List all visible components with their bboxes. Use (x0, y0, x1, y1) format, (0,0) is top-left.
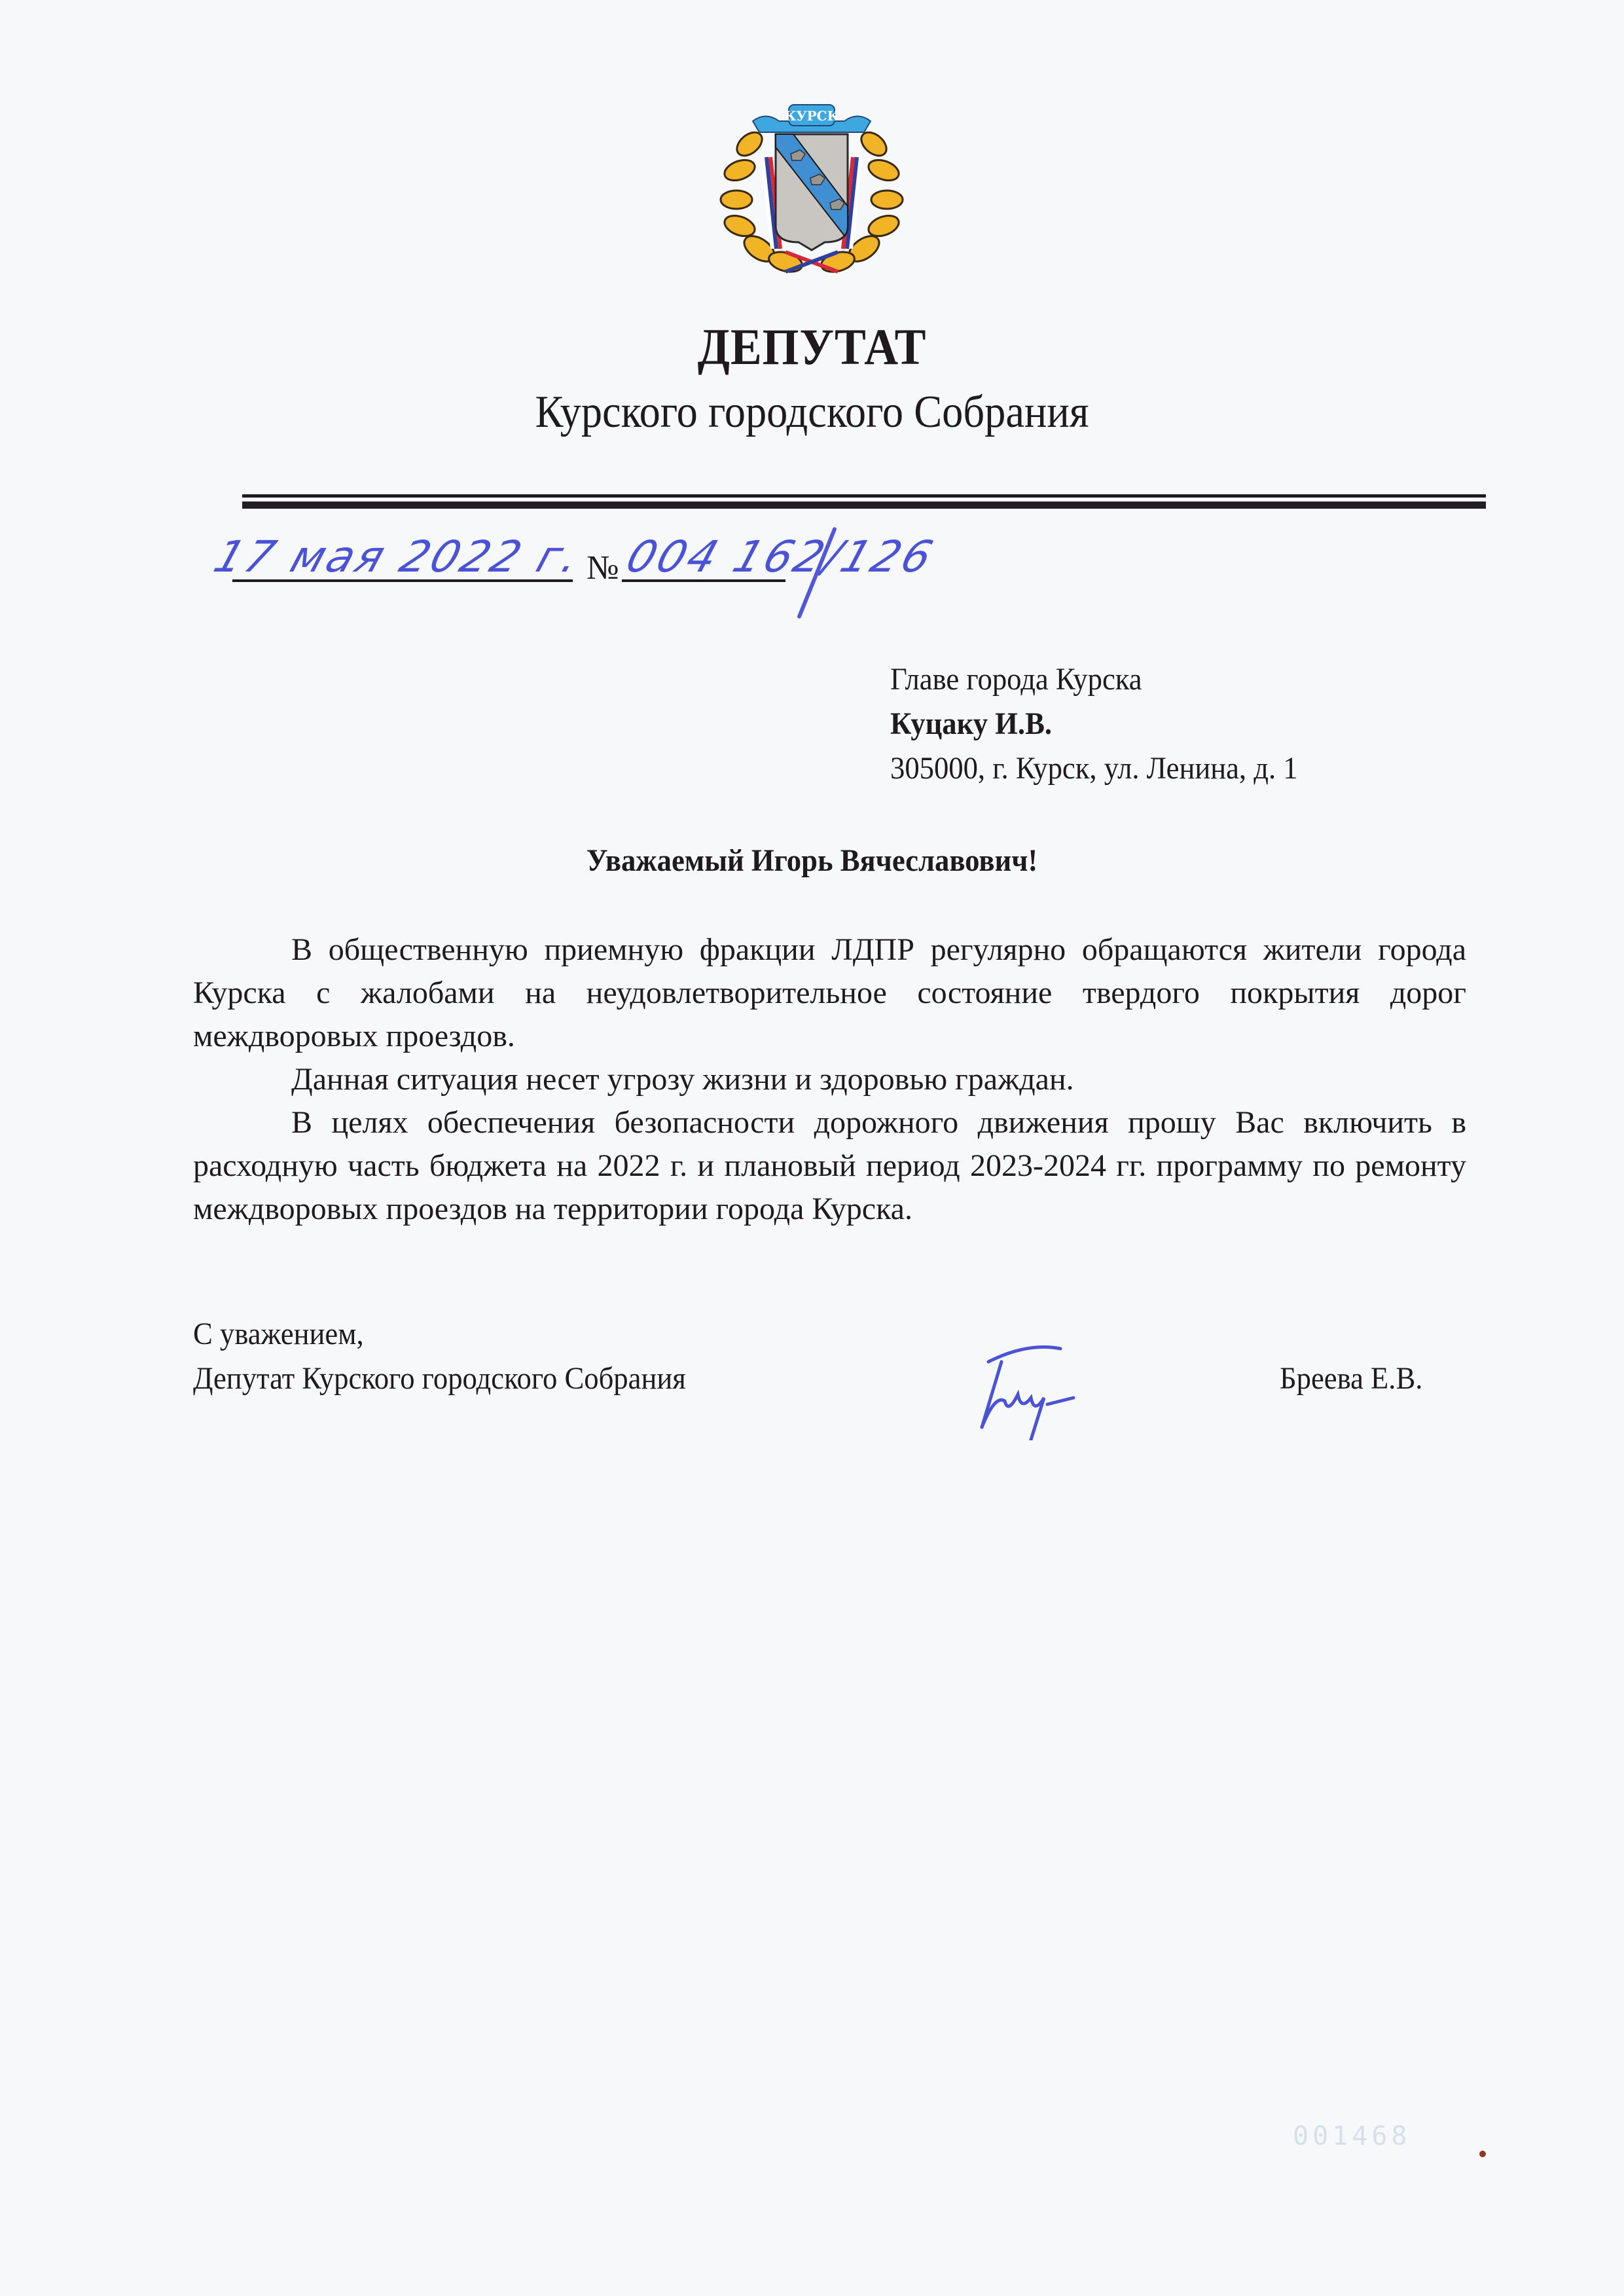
closing-regards: С уважением, (193, 1316, 364, 1352)
faded-stamp-number: 001468 (1293, 2121, 1411, 2151)
addressee-address: 305000, г. Курск, ул. Ленина, д. 1 (890, 750, 1298, 786)
signatory-name: Бреева Е.В. (1280, 1360, 1422, 1396)
handwritten-signature-icon (956, 1336, 1152, 1440)
date-underline (232, 579, 573, 582)
letterhead-subtitle: Курского городского Собрания (65, 386, 1559, 439)
addressee-position: Главе города Курска (890, 661, 1142, 697)
letter-body: В общественную приемную фракции ЛДПР рег… (193, 928, 1466, 1231)
kursk-coat-of-arms-icon: КУРСК (713, 85, 910, 282)
ink-speck (1479, 2151, 1486, 2157)
salutation: Уважаемый Игорь Вячеславович! (57, 843, 1567, 879)
number-sign: № (586, 549, 619, 587)
header-divider-thick (242, 501, 1486, 509)
letterhead-title: ДЕПУТАТ (65, 318, 1559, 376)
number-underline (622, 579, 785, 582)
handwritten-registration-number: 004 162/126 (620, 532, 941, 582)
signatory-position: Депутат Курского городского Собрания (193, 1360, 686, 1396)
addressee-name: Куцаку И.В. (890, 706, 1052, 742)
body-paragraph: В целях обеспечения безопасности дорожно… (193, 1101, 1466, 1231)
body-paragraph: В общественную приемную фракции ЛДПР рег… (193, 928, 1466, 1058)
handwritten-date: 17 мая 2022 г. (208, 532, 588, 582)
svg-text:КУРСК: КУРСК (784, 108, 839, 124)
header-divider-thin (242, 494, 1486, 498)
body-paragraph: Данная ситуация несет угрозу жизни и здо… (193, 1058, 1466, 1101)
